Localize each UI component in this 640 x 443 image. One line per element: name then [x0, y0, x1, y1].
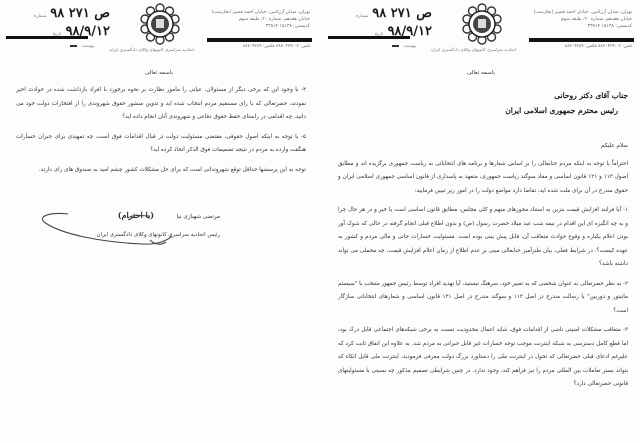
- address-line: خیابان هفدهم، شماره ۲۰، طبقه سوم: [532, 16, 632, 23]
- letter-number: ۹۸ ص ۲۷۱: [46, 6, 110, 21]
- closing-paragraph: توجه به این پرسشها حداقل توقع شهروندانی …: [16, 164, 306, 178]
- letterhead-organization-caption: اتحادیه سراسری کانونهای وکلای دادگستری ا…: [128, 47, 194, 52]
- letter-body: جناب آقای دکتر روحانی رئیس محترم جمهوری …: [338, 88, 628, 398]
- paragraph-1: ۱- آیا فرایند افزایش قیمت بنزین به استنا…: [338, 204, 628, 272]
- handwritten-signature-icon: [30, 210, 190, 252]
- letter-number-row: ۹۸ ص ۲۷۱ شماره: [328, 6, 432, 24]
- signer-title: رئیس اتحادیه سراسری کانونهای وکلای دادگس…: [97, 232, 220, 238]
- letterhead-address: تهران، میدان آرژانتین، خیابان احمد قصیر …: [532, 9, 632, 30]
- letterhead-organization-caption: اتحادیه سراسری کانونهای وکلای دادگستری ا…: [450, 47, 516, 52]
- attachment-dash: [70, 45, 77, 47]
- attachment-label: پیوست: [403, 44, 416, 49]
- address-line: تهران، میدان آرژانتین، خیابان احمد قصیر …: [532, 9, 632, 16]
- letterhead-rule: [529, 38, 634, 42]
- letter-number: ۹۸ ص ۲۷۱: [368, 6, 432, 21]
- letter-body: ۴- با وجود این که برخی دیگر از مسئولان، …: [16, 84, 306, 183]
- greeting: سلام علیکم: [338, 140, 628, 154]
- union-emblem-icon: [460, 2, 504, 46]
- address-line: تهران، میدان آرژانتین، خیابان احمد قصیر …: [210, 9, 310, 16]
- paragraph-4: ۴- با وجود این که برخی دیگر از مسئولان، …: [16, 84, 306, 125]
- letter-page-2: تهران، میدان آرژانتین، خیابان احمد قصیر …: [0, 0, 318, 443]
- meta-rule: [6, 36, 88, 39]
- paragraph-2: ۲- به نظر حضرتعالی به عنوان شخصی که به ت…: [338, 278, 628, 319]
- addressee-title: رئیس محترم جمهوری اسلامی ایران: [338, 103, 618, 118]
- letter-number-row: ۹۸ ص ۲۷۱ شماره: [6, 6, 110, 24]
- letter-heading: باسمه تعالی: [322, 70, 640, 76]
- letter-date-row: ۹۸/۹/۱۲ تاریخ: [328, 24, 432, 42]
- letter-page-1: تهران، میدان آرژانتین، خیابان احمد قصیر …: [322, 0, 640, 443]
- signer-name: مرتضی شهبازی نیا: [177, 214, 220, 220]
- opening-paragraph: احتراماً با توجه به اینکه مردم جنابعالی …: [338, 158, 628, 199]
- union-emblem-icon: [138, 2, 182, 46]
- addressee-name: جناب آقای دکتر روحانی: [338, 88, 628, 103]
- address-line: خیابان هفدهم، شماره ۲۰، طبقه سوم: [210, 16, 310, 23]
- letter-number-label: شماره: [346, 14, 368, 19]
- attachment-dash: [392, 45, 399, 47]
- letterhead-phone-fax: تلفن: ۲-۸۸۷۰۴۲۹۰ فکس: ۸۸۷۰۴۲۸۹: [243, 44, 310, 49]
- attachment-label: پیوست: [81, 44, 94, 49]
- letter-date-row: ۹۸/۹/۱۲ تاریخ: [6, 24, 110, 42]
- letterhead-address: تهران، میدان آرژانتین، خیابان احمد قصیر …: [210, 9, 310, 30]
- letter-heading: باسمه تعالی: [0, 70, 318, 76]
- letterhead-rule: [207, 38, 312, 42]
- postal-code-line: کدپستی: ۱۵۱۳۸ ۳۳۸۱۴: [532, 23, 632, 30]
- signature-block: (با احترام) مرتضی شهبازی نیا رئیس اتحادی…: [30, 210, 230, 250]
- attachment-row: پیوست: [392, 44, 417, 49]
- postal-code-line: کدپستی: ۱۵۱۳۸ ۳۳۸۱۴: [210, 23, 310, 30]
- signature-stamp: (با احترام): [118, 210, 154, 220]
- letterhead-phone-fax: تلفن: ۲-۸۸۷۰۴۲۹۰ فکس: ۸۸۷۰۴۲۸۹: [565, 44, 632, 49]
- paragraph-5: ۵- با توجه به اینکه اصول حقوقی، مقتضی مس…: [16, 131, 306, 158]
- meta-rule: [328, 36, 410, 39]
- letter-number-label: شماره: [24, 14, 46, 19]
- paragraph-3: ۳- متعاقب مشکلات امنیتی ناشی از اقدامات …: [338, 324, 628, 392]
- attachment-row: پیوست: [70, 44, 95, 49]
